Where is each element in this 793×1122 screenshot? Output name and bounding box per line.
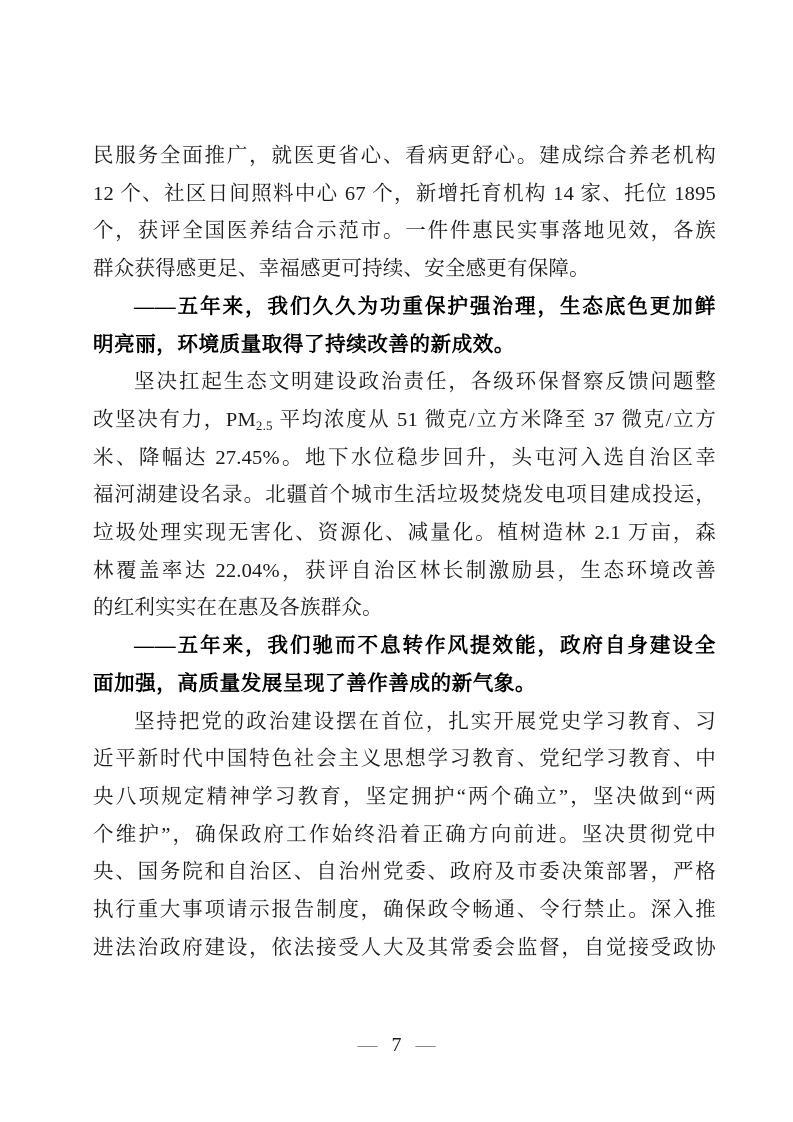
text-line: 坚持把党的政治建设摆在首位，扎实开展党史学习教育、习 [93, 704, 716, 742]
text-line: 的红利实实在在惠及各族群众。 [93, 590, 716, 628]
heading-paragraph: ——五年来，我们久久为功重保护强治理，生态底色更加鲜明亮丽，环境质量取得了持续改… [93, 289, 716, 364]
text-line: 明亮丽，环境质量取得了持续改善的新成效。 [93, 327, 716, 365]
text-line: 改坚决有力，PM2.5 平均浓度从 51 微克/立方米降至 37 微克/立方 [93, 402, 716, 440]
text-line: 进法治政府建设，依法接受人大及其常委会监督，自觉接受政协 [93, 930, 716, 968]
text-line: 央、国务院和自治区、自治州党委、政府及市委决策部署，严格 [93, 854, 716, 892]
text-line: 坚决扛起生态文明建设政治责任，各级环保督察反馈问题整 [93, 364, 716, 402]
body-paragraph: 坚持把党的政治建设摆在首位，扎实开展党史学习教育、习近平新时代中国特色社会主义思… [93, 704, 716, 968]
text-line: 执行重大事项请示报告制度，确保政令畅通、令行禁止。深入推 [93, 892, 716, 930]
footer-dash-left: — [358, 1034, 378, 1056]
text-line: 米、降幅达 27.45%。地下水位稳步回升，头屯河入选自治区幸 [93, 440, 716, 478]
text-line: 民服务全面推广，就医更省心、看病更舒心。建成综合养老机构 [93, 138, 716, 176]
text-line: 垃圾处理实现无害化、资源化、减量化。植树造林 2.1 万亩，森 [93, 515, 716, 553]
text-line: ——五年来，我们驰而不息转作风提效能，政府自身建设全 [93, 628, 716, 666]
text-line: 近平新时代中国特色社会主义思想学习教育、党纪学习教育、中 [93, 741, 716, 779]
body-paragraph: 坚决扛起生态文明建设政治责任，各级环保督察反馈问题整改坚决有力，PM2.5 平均… [93, 364, 716, 628]
page-number: 7 [392, 1030, 402, 1060]
text-line: 个，获评全国医养结合示范市。一件件惠民实事落地见效，各族 [93, 213, 716, 251]
text-line: 央八项规定精神学习教育，坚定拥护“两个确立”，坚决做到“两 [93, 779, 716, 817]
text-line: 林覆盖率达 22.04%，获评自治区林长制激励县，生态环境改善 [93, 553, 716, 591]
heading-paragraph: ——五年来，我们驰而不息转作风提效能，政府自身建设全面加强，高质量发展呈现了善作… [93, 628, 716, 703]
document-page: 民服务全面推广，就医更省心、看病更舒心。建成综合养老机构12 个、社区日间照料中… [0, 0, 793, 1122]
text-line: 面加强，高质量发展呈现了善作善成的新气象。 [93, 666, 716, 704]
body-paragraph: 民服务全面推广，就医更省心、看病更舒心。建成综合养老机构12 个、社区日间照料中… [93, 138, 716, 289]
text-line: 群众获得感更足、幸福感更可持续、安全感更有保障。 [93, 251, 716, 289]
page-footer: —7— [0, 1030, 793, 1060]
footer-dash-right: — [416, 1034, 436, 1056]
text-line: 个维护”，确保政府工作始终沿着正确方向前进。坚决贯彻党中 [93, 817, 716, 855]
text-line: 福河湖建设名录。北疆首个城市生活垃圾焚烧发电项目建成投运， [93, 477, 716, 515]
text-line: ——五年来，我们久久为功重保护强治理，生态底色更加鲜 [93, 289, 716, 327]
page-body: 民服务全面推广，就医更省心、看病更舒心。建成综合养老机构12 个、社区日间照料中… [93, 138, 716, 967]
text-line: 12 个、社区日间照料中心 67 个，新增托育机构 14 家、托位 1895 [93, 176, 716, 214]
